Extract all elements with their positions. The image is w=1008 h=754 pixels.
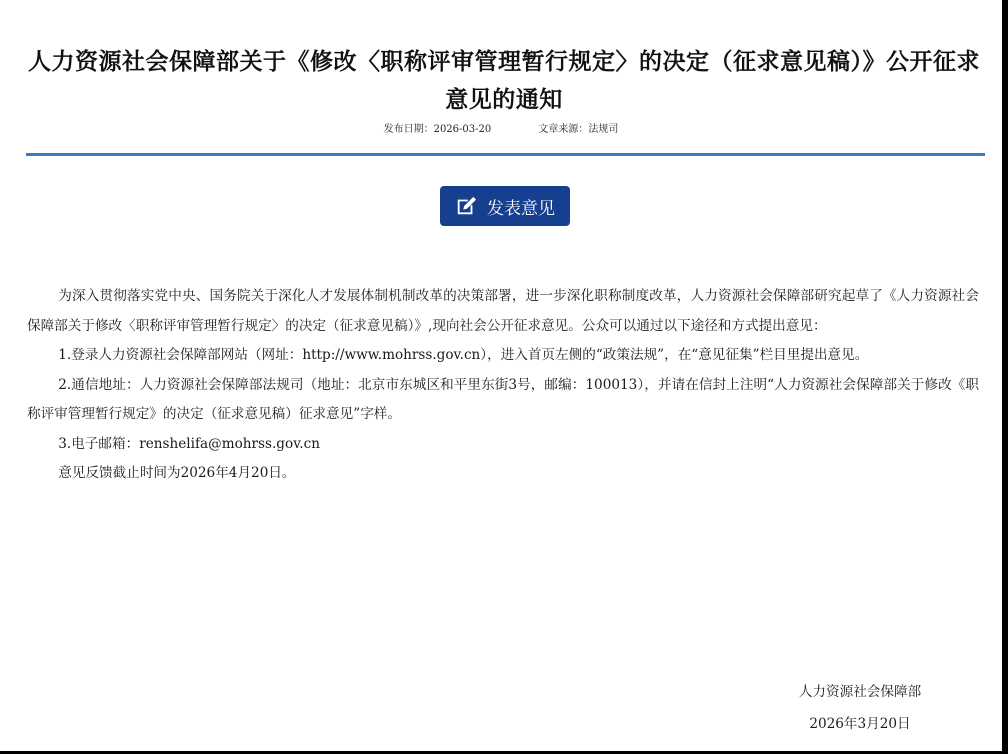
article-meta: 发布日期：2026-03-20 文章来源：法规司 <box>0 120 1002 135</box>
document-page: 人力资源社会保障部关于《修改〈职称评审管理暂行规定〉的决定（征求意见稿）》公开征… <box>0 0 1002 751</box>
signature-date: 2026年3月20日 <box>760 712 960 732</box>
method-website: 1.登录人力资源社会保障部网站（网址：http://www.mohrss.gov… <box>27 341 979 371</box>
page-title: 人力资源社会保障部关于《修改〈职称评审管理暂行规定〉的决定（征求意见稿）》公开征… <box>20 43 988 119</box>
method-mail: 2.通信地址：人力资源社会保障部法规司（地址：北京市东城区和平里东街3号，邮编：… <box>27 371 979 430</box>
notice-body: 为深入贯彻落实党中央、国务院关于深化人才发展体制机制改革的决策部署，进一步深化职… <box>27 282 979 489</box>
header-divider <box>26 153 985 156</box>
publish-date-label: 发布日期： <box>384 124 434 135</box>
edit-icon <box>455 195 477 217</box>
source-label: 文章来源： <box>538 124 588 135</box>
method-email: 3.电子邮箱：renshelifa@mohrss.gov.cn <box>27 430 979 460</box>
signature-organization: 人力资源社会保障部 <box>760 680 960 700</box>
source-value: 法规司 <box>588 124 618 135</box>
post-comment-label: 发表意见 <box>487 194 555 219</box>
article-source: 文章来源：法规司 <box>538 124 618 135</box>
intro-paragraph: 为深入贯彻落实党中央、国务院关于深化人才发展体制机制改革的决策部署，进一步深化职… <box>27 282 979 341</box>
publish-date: 发布日期：2026-03-20 <box>384 124 492 135</box>
publish-date-value: 2026-03-20 <box>434 124 492 135</box>
deadline: 意见反馈截止时间为2026年4月20日。 <box>27 459 979 489</box>
post-comment-button[interactable]: 发表意见 <box>440 186 570 226</box>
